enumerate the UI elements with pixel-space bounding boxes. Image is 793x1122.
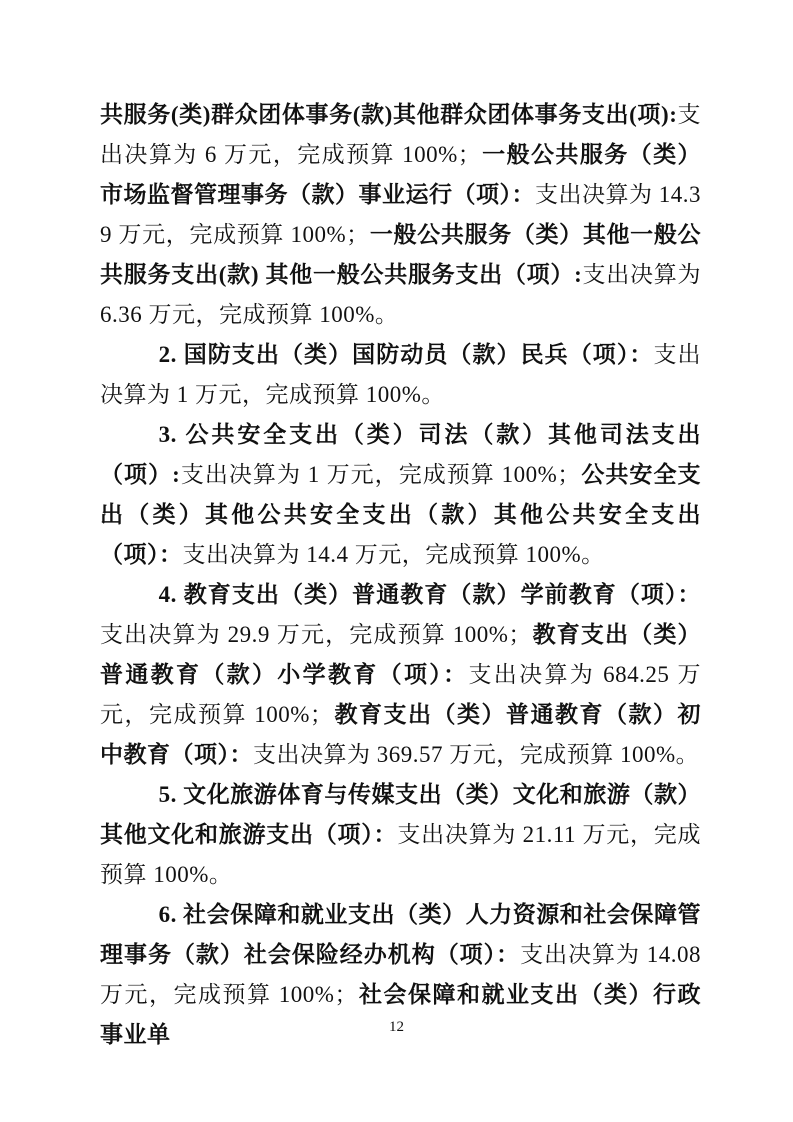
- document-content: 共服务(类)群众团体事务(款)其他群众团体事务支出(项):支出决算为 6 万元，…: [100, 95, 701, 1055]
- text-run: 支出决算为 29.9 万元，完成预算 100%；: [100, 622, 532, 647]
- paragraph: 5. 文化旅游体育与传媒支出（类）文化和旅游（款）其他文化和旅游支出（项）：支出…: [100, 775, 701, 895]
- paragraph: 3. 公共安全支出（类）司法（款）其他司法支出（项）:支出决算为 1 万元，完成…: [100, 415, 701, 575]
- document-page: 共服务(类)群众团体事务(款)其他群众团体事务支出(项):支出决算为 6 万元，…: [0, 0, 793, 1122]
- page-footer: 12: [0, 1018, 793, 1036]
- text-run-bold: 4. 教育支出（类）普通教育（款）学前教育（项）：: [159, 582, 701, 607]
- paragraph: 4. 教育支出（类）普通教育（款）学前教育（项）：支出决算为 29.9 万元，完…: [100, 575, 701, 775]
- text-run: 支出决算为 1 万元，完成预算 100%；: [180, 462, 581, 487]
- text-run-bold: 共服务(类)群众团体事务(款)其他群众团体事务支出(项):: [100, 102, 677, 127]
- text-run: 支出决算为 14.4 万元，完成预算 100%。: [183, 542, 605, 567]
- text-run-bold: 2. 国防支出（类）国防动员（款）民兵（项）：: [159, 342, 654, 367]
- paragraph: 共服务(类)群众团体事务(款)其他群众团体事务支出(项):支出决算为 6 万元，…: [100, 95, 701, 335]
- page-number: 12: [389, 1019, 404, 1035]
- text-run: 支出决算为 369.57 万元，完成预算 100%。: [253, 742, 699, 767]
- paragraph: 2. 国防支出（类）国防动员（款）民兵（项）：支出决算为 1 万元，完成预算 1…: [100, 335, 701, 415]
